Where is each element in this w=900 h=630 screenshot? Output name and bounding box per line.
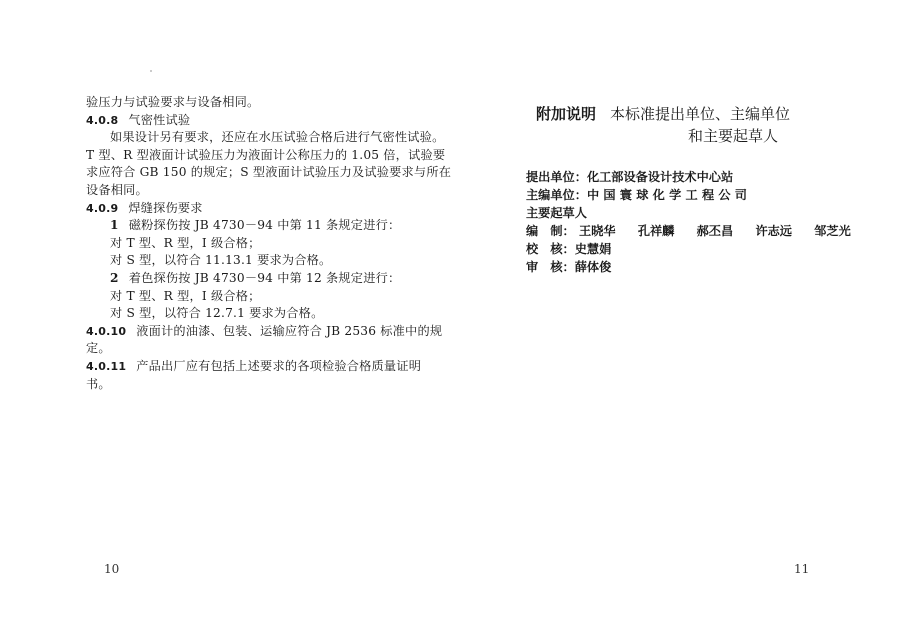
left-page-body: 验压力与试验要求与设备相同。 4.0.8气密性试验 如果设计另有要求，还应在水压… bbox=[86, 94, 421, 393]
left-page: 验压力与试验要求与设备相同。 4.0.8气密性试验 如果设计另有要求，还应在水压… bbox=[0, 0, 450, 630]
text-line: 对 S 型，以符合 12.7.1 要求为合格。 bbox=[86, 305, 421, 323]
line-text: 对 T 型、R 型，I 级合格； bbox=[110, 289, 261, 303]
appendix-title-line1: 附加说明本标准提出单位、主编单位 bbox=[536, 103, 866, 125]
clause-title: 气密性试验 bbox=[128, 113, 190, 127]
text-line: T 型、R 型液面计试验压力为液面计公称压力的 1.05 倍，试验要 bbox=[86, 147, 421, 165]
text-line: 书。 bbox=[86, 376, 421, 394]
clause-heading: 4.0.8气密性试验 bbox=[86, 112, 421, 130]
line-text: 对 S 型，以符合 11.13.1 要求为合格。 bbox=[110, 253, 331, 267]
text-line: 验压力与试验要求与设备相同。 bbox=[86, 94, 421, 112]
drafter-name: 许志远 bbox=[755, 222, 792, 240]
appendix-title-line2: 和主要起草人 bbox=[536, 125, 866, 147]
credit-value: 史慧娟 bbox=[575, 240, 612, 258]
line-text: 液面计的油漆、包装、运输应符合 JB 2536 标准中的规 bbox=[136, 324, 442, 338]
line-text: 对 S 型，以符合 12.7.1 要求为合格。 bbox=[110, 306, 323, 320]
text-line: 对 T 型、R 型，I 级合格； bbox=[86, 288, 421, 306]
item-number: 1 bbox=[110, 217, 119, 235]
scan-speck bbox=[150, 70, 152, 72]
clause-heading: 4.0.9焊缝探伤要求 bbox=[86, 200, 421, 218]
text-line: 如果设计另有要求，还应在水压试验合格后进行气密性试验。 bbox=[86, 129, 421, 147]
text-line: 求应符合 GB 150 的规定；S 型液面计试验压力及试验要求与所在 bbox=[86, 164, 421, 182]
credits-block: 提出单位：化工部设备设计技术中心站 主编单位：中 国 寰 球 化 学 工 程 公… bbox=[526, 168, 866, 276]
line-text: 求应符合 GB 150 的规定；S 型液面计试验压力及试验要求与所在 bbox=[86, 165, 451, 179]
clause-line: 4.0.10液面计的油漆、包装、运输应符合 JB 2536 标准中的规 bbox=[86, 323, 421, 341]
credit-reviewed: 审 核：薛体俊 bbox=[526, 258, 866, 276]
line-text: 定。 bbox=[86, 341, 111, 355]
credit-value: 中 国 寰 球 化 学 工 程 公 司 bbox=[587, 186, 747, 204]
drafter-name: 王晓华 bbox=[579, 222, 616, 240]
line-text: 验压力与试验要求与设备相同。 bbox=[86, 95, 259, 109]
credit-label: 主编单位： bbox=[526, 186, 587, 204]
text-line: 对 T 型、R 型，I 级合格； bbox=[86, 235, 421, 253]
appendix-label: 附加说明 bbox=[536, 105, 596, 123]
clause-number: 4.0.11 bbox=[86, 358, 126, 376]
credit-main-drafters: 主要起草人 bbox=[526, 204, 866, 222]
appendix-heading-text: 本标准提出单位、主编单位 bbox=[610, 105, 790, 123]
clause-number: 4.0.8 bbox=[86, 112, 118, 130]
credit-proposer: 提出单位：化工部设备设计技术中心站 bbox=[526, 168, 866, 186]
page-number: 10 bbox=[104, 562, 119, 576]
drafter-name: 郝丕昌 bbox=[697, 222, 734, 240]
text-line: 对 S 型，以符合 11.13.1 要求为合格。 bbox=[86, 252, 421, 270]
credit-label: 提出单位： bbox=[526, 168, 587, 186]
appendix-title: 附加说明本标准提出单位、主编单位 和主要起草人 bbox=[536, 103, 866, 147]
line-text: 如果设计另有要求，还应在水压试验合格后进行气密性试验。 bbox=[110, 130, 444, 144]
credit-compiled: 编 制： 王晓华 孔祥麟 郝丕昌 许志远 邹芝光 bbox=[526, 222, 866, 240]
right-page: 附加说明本标准提出单位、主编单位 和主要起草人 提出单位：化工部设备设计技术中心… bbox=[450, 0, 900, 630]
credit-label: 编 制： bbox=[526, 222, 575, 240]
clause-number: 4.0.9 bbox=[86, 200, 118, 218]
clause-line: 4.0.11产品出厂应有包括上述要求的各项检验合格质量证明 bbox=[86, 358, 421, 376]
line-text: 磁粉探伤按 JB 4730－94 中第 11 条规定进行： bbox=[129, 218, 401, 232]
item-number: 2 bbox=[110, 270, 119, 288]
page-number: 11 bbox=[794, 562, 809, 576]
credit-label: 校 核： bbox=[526, 240, 575, 258]
text-line: 定。 bbox=[86, 340, 421, 358]
credit-checked: 校 核：史慧娟 bbox=[526, 240, 866, 258]
line-text: T 型、R 型液面计试验压力为液面计公称压力的 1.05 倍，试验要 bbox=[86, 148, 445, 162]
list-item: 1磁粉探伤按 JB 4730－94 中第 11 条规定进行： bbox=[86, 217, 421, 235]
drafter-name: 孔祥麟 bbox=[638, 222, 675, 240]
clause-number: 4.0.10 bbox=[86, 323, 126, 341]
line-text: 书。 bbox=[86, 377, 111, 391]
credit-label: 审 核： bbox=[526, 258, 575, 276]
line-text: 着色探伤按 JB 4730－94 中第 12 条规定进行： bbox=[129, 271, 401, 285]
clause-title: 焊缝探伤要求 bbox=[128, 201, 202, 215]
line-text: 产品出厂应有包括上述要求的各项检验合格质量证明 bbox=[136, 359, 421, 373]
line-text: 设备相同。 bbox=[86, 183, 148, 197]
drafter-name: 邹芝光 bbox=[814, 222, 851, 240]
credit-value: 薛体俊 bbox=[575, 258, 612, 276]
text-line: 设备相同。 bbox=[86, 182, 421, 200]
credit-value: 化工部设备设计技术中心站 bbox=[587, 168, 733, 186]
list-item: 2着色探伤按 JB 4730－94 中第 12 条规定进行： bbox=[86, 270, 421, 288]
line-text: 对 T 型、R 型，I 级合格； bbox=[110, 236, 261, 250]
credit-editor-unit: 主编单位：中 国 寰 球 化 学 工 程 公 司 bbox=[526, 186, 866, 204]
